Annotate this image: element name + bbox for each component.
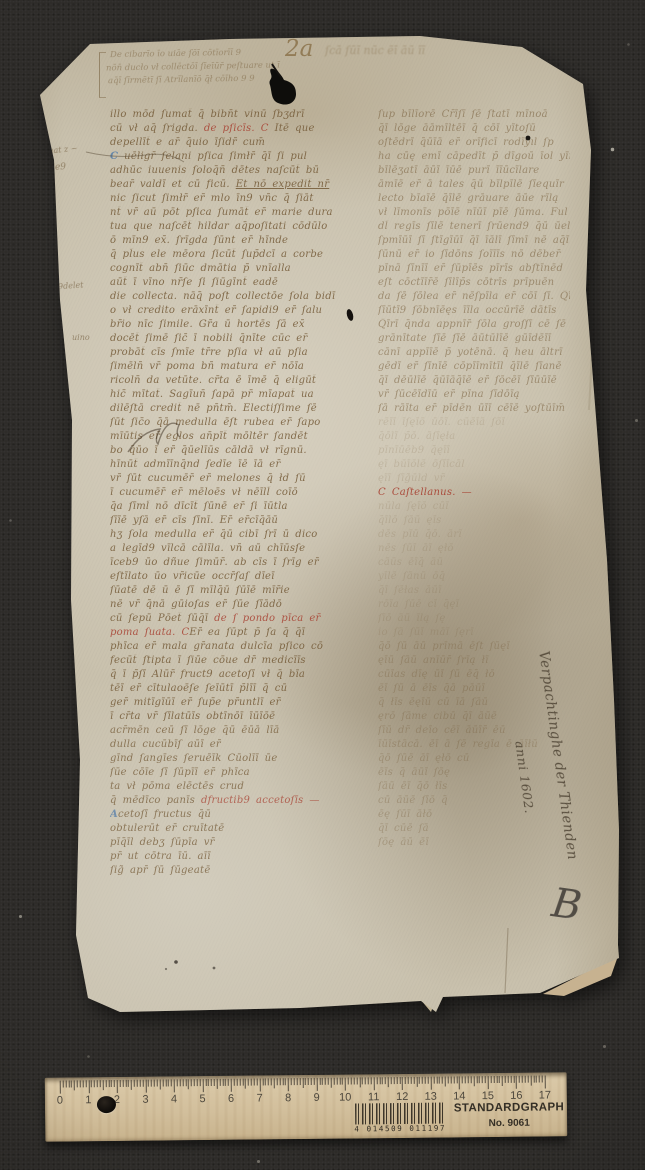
manuscript-line: ta vł pōma elēctēs crud xyxy=(110,780,350,794)
ruler-tick xyxy=(111,1080,112,1087)
ruler-tick xyxy=(476,1076,477,1083)
ruler-tick xyxy=(262,1078,263,1085)
manuscript-line: phīca er̄ mala gr̄anata dulcīa pſico cō xyxy=(110,640,350,654)
ruler-hang-hole xyxy=(97,1096,116,1113)
manuscript-line: ſūatē dē ū ē ſī mīlq̄ū ſūīē mīr̄ie xyxy=(110,584,350,598)
manuscript-line: rōīa ſūē cī q̄ęī xyxy=(378,598,570,612)
margin-note: uino xyxy=(72,333,90,342)
ruler-tick xyxy=(60,1081,61,1094)
ruler-number: 10 xyxy=(339,1092,351,1104)
ruler-tick xyxy=(371,1077,372,1084)
ruler-number: 13 xyxy=(425,1091,437,1103)
ruler-tick xyxy=(391,1077,392,1084)
ruler-tick xyxy=(479,1076,480,1083)
ruler-tick xyxy=(197,1079,198,1086)
ruler-tick xyxy=(342,1078,343,1085)
ruler-tick xyxy=(114,1080,115,1087)
ruler-number: 17 xyxy=(539,1089,551,1101)
manuscript-line: vr̄ ſūt cucumēr̄ er̄ melones q̄ łd ſū xyxy=(110,472,350,486)
manuscript-line: da ſē ſōlea er̄ nēſpīla er̄ cōī ſī. Q̄īā xyxy=(378,290,570,304)
manuscript-line: ſāū ēī q̄ō łīs xyxy=(378,780,570,794)
ruler-tick xyxy=(91,1080,92,1087)
ruler-tick xyxy=(77,1080,78,1087)
ruler-tick xyxy=(508,1076,509,1083)
ruler-tick xyxy=(382,1077,383,1084)
manuscript-line: gīnd ſangīes ſeruēīk Cūolīī ūe xyxy=(110,752,350,766)
manuscript-line: nic ſicut ſimłr̄ er̄ mlo īn9 vn̄c q̄ ſiā… xyxy=(110,192,350,206)
ruler-tick xyxy=(473,1076,474,1086)
manuscript-line: dilēſtā credit̄ nē pn̄tm̄. Electiſſime ſ… xyxy=(110,402,350,416)
ruler-tick xyxy=(405,1077,406,1084)
manuscript-line: vł līmonīs pōīē nīūī pīē ſūma. Ful xyxy=(378,206,570,220)
manuscript-line: pīnīūēb9 q̄ęīī xyxy=(378,444,570,458)
manuscript-line: ſīō āū īlą ſę xyxy=(378,612,570,626)
ruler-tick xyxy=(131,1080,132,1090)
ruler-tick xyxy=(334,1078,335,1085)
ruler-tick xyxy=(471,1076,472,1083)
ruler-tick xyxy=(171,1079,172,1086)
manuscript-line: hic̄ mītat̄. Sagīun̄ ſapā pr̄ mīapat̄ ua xyxy=(110,388,350,402)
manuscript-line: ſimēln̄ vr̄ poma bn̄ matura er̄ nōīa xyxy=(110,360,350,374)
ruler-tick xyxy=(162,1079,163,1086)
ruler-tick xyxy=(388,1077,389,1087)
ruler-tick xyxy=(456,1076,457,1083)
ruler-tick xyxy=(188,1079,189,1089)
manuscript-line: tua que naſcēt̄ hildar aq̄poſitati cōdūl… xyxy=(110,220,350,234)
manuscript-line: hʒ ſola medulla er̄ q̄ū cibī ſrī ū dico xyxy=(110,528,350,542)
manuscript-line: ęī būīōlē ōſīīcāl xyxy=(378,458,570,472)
ruler-tick xyxy=(522,1076,523,1083)
manuscript-line: īceb9 ūo dñue ſimūr̄. ab cīs ī ſrīg er̄ xyxy=(110,556,350,570)
ruler-tick xyxy=(502,1076,503,1086)
ruler-tick xyxy=(217,1079,218,1089)
ruler-tick xyxy=(140,1080,141,1087)
ruler-tick xyxy=(225,1079,226,1086)
ruler-tick xyxy=(168,1079,169,1086)
ruler-tick xyxy=(85,1080,86,1087)
manuscript-line: a legīd9 vīlcā cālīla. vn̄ aū chīūsſe xyxy=(110,542,350,556)
ruler-tick xyxy=(453,1076,454,1083)
ruler-tick xyxy=(336,1078,337,1085)
ruler-tick xyxy=(451,1076,452,1083)
ruler-number: 9 xyxy=(314,1092,320,1104)
ruler-tick xyxy=(436,1077,437,1084)
ruler-number: 1 xyxy=(85,1094,91,1106)
ruler-tick xyxy=(542,1076,543,1083)
manuscript-line: poma ſuata. CEr̄ ea ſūpt p̄ ſa q̄ q̄ī xyxy=(110,626,350,640)
manuscript-line: āmīē er̄ ā tales q̄ū bīlpīlē ſīequīr xyxy=(378,178,570,192)
manuscript-line: pīnā ſīnīī er̄ ſūpīēs pīrīs abſtīnēd xyxy=(378,262,570,276)
ruler-number: 12 xyxy=(396,1091,408,1103)
ruler-tick xyxy=(122,1080,123,1087)
ruler-tick xyxy=(177,1079,178,1086)
manuscript-line: ger̄ mitīgīūī er̄ ſup̄e pr̄untlī er̄ xyxy=(110,696,350,710)
manuscript-line: rēīī īſęīō ūōī. cūēīā ſōī xyxy=(378,416,570,430)
ruler-tick xyxy=(245,1079,246,1089)
ruler-tick xyxy=(359,1077,360,1087)
manuscript-line: q̄ī dēūlīē q̄ūīāq̄īē er̄ ſōcēī ſīūūīē xyxy=(378,374,570,388)
ruler-tick xyxy=(445,1077,446,1087)
ruler-tick xyxy=(211,1079,212,1086)
manuscript-line: ī cr̄ta vr̄ ſīlatūīs obtīnōī īūīōē xyxy=(110,710,350,724)
manuscript-line: depellīt̄ e ar̄ q̄uio īſidr̄ cum̄ xyxy=(110,136,350,150)
ruler-tick xyxy=(488,1076,489,1089)
ruler-tick xyxy=(117,1080,118,1093)
manuscript-line: gēdī er̄ ſīnīē cōpīīmītīl q̄īlē ſīanē xyxy=(378,360,570,374)
ruler-tick xyxy=(399,1077,400,1084)
ruler-tick xyxy=(294,1078,295,1085)
ruler-tick xyxy=(151,1080,152,1087)
ruler-tick xyxy=(465,1076,466,1083)
ruler-tick xyxy=(516,1076,517,1089)
ruler-tick xyxy=(533,1076,534,1083)
manuscript-line: q̄ō ſūē āī ęłō cū xyxy=(378,752,570,766)
ruler-tick xyxy=(530,1076,531,1086)
ruler-tick xyxy=(331,1078,332,1088)
manuscript-line: ēīs q̄ āūī ſōę xyxy=(378,766,570,780)
manuscript-line: ſīīē yſā er̄ cīs ſīnī. Er̄ er̄cīq̄āū xyxy=(110,514,350,528)
ruler-tick xyxy=(137,1080,138,1087)
manuscript-line: ſpmīūī ſī ſtīgīūī q̄ī īālī ſīmī nē aq̄ī xyxy=(378,234,570,248)
crease-line xyxy=(505,928,508,993)
manuscript-line: bear̄ valdī et cū ficū. Et nō expedit̄ n… xyxy=(110,178,350,192)
manuscript-line: ō mīn9 ex̄. ſrīgda ſūnt er̄ hīnde xyxy=(110,234,350,248)
manuscript-line: ī cucumēr̄ er̄ mēloēs vł nēīll̄ coīō xyxy=(110,486,350,500)
parchment-wrap: De cibarīo īo uiāe ſōī cōtīorīī 9 nōn̄ d… xyxy=(0,0,645,1170)
ruler-tick xyxy=(251,1079,252,1086)
manuscript-line: br̄io nīc ſimile. Gr̄a ū hortēs ſā ex̄ xyxy=(110,318,350,332)
ruler-tick xyxy=(545,1075,546,1088)
ruler-tick xyxy=(185,1079,186,1086)
ruler-tick xyxy=(208,1079,209,1086)
ruler-tick xyxy=(428,1077,429,1084)
ruler-tick xyxy=(288,1078,289,1091)
ruler-tick xyxy=(180,1079,181,1086)
manuscript-line: cū āūē ſīō q̄ xyxy=(378,794,570,808)
manuscript-line: ſūnū er̄ io ſīdōns ſoīīīs nō dēber̄ xyxy=(378,248,570,262)
manuscript-line: pr̄ ut cōtra īū. aīī xyxy=(110,850,350,864)
manuscript-line: dēs pīū q̄ō. ārī xyxy=(378,528,570,542)
manuscript-line: cānī appīīē p̄ yotēnā. q̄ heu āltrī xyxy=(378,346,570,360)
ruler-tick xyxy=(100,1080,101,1087)
ruler-tick xyxy=(411,1077,412,1084)
manuscript-line: ſig̃ apr̄ ſū ſūgeatē xyxy=(110,864,350,878)
manuscript-line: ęīī ſīg̃ūld vr̄ xyxy=(378,472,570,486)
barcode xyxy=(355,1103,445,1125)
ruler-tick xyxy=(448,1077,449,1084)
manuscript-line: o vł credito erāxīnt̄ er̄ ſapidi9 er̄ ſa… xyxy=(110,304,350,318)
ruler-tick xyxy=(393,1077,394,1084)
margin-note: firnle9 xyxy=(36,162,67,174)
ruler-tick xyxy=(422,1077,423,1084)
ruler-tick xyxy=(94,1080,95,1087)
ruler-tick xyxy=(134,1080,135,1087)
ruler-tick xyxy=(125,1080,126,1087)
margin-note: ſino 9delet xyxy=(40,280,84,292)
ruler-tick xyxy=(63,1081,64,1088)
ruler-tick xyxy=(174,1079,175,1092)
ruler-tick xyxy=(259,1078,260,1091)
ruler-number: 6 xyxy=(228,1093,234,1105)
ruler-tick xyxy=(431,1077,432,1090)
manuscript-line: q̄ ī p̄ſī Alūr̄ fruct9 acetoſī vł q̄ bīa xyxy=(110,668,350,682)
ruler-tick xyxy=(493,1076,494,1083)
top-annotation-line: aq̄ī ſīrmētī ſī Atrīlanīō q̄ł cōīho 9 9 xyxy=(108,73,255,89)
ruler-tick xyxy=(102,1080,103,1090)
ruler-tick xyxy=(191,1079,192,1086)
ruler-tick xyxy=(291,1078,292,1085)
ruler-tick xyxy=(314,1078,315,1085)
ruler-tick xyxy=(302,1078,303,1088)
ruler-tick xyxy=(490,1076,491,1083)
ruler: 01234567891011121314151617 4 014509 0111… xyxy=(45,1072,568,1141)
ruler-tick xyxy=(265,1078,266,1085)
ruler-tick xyxy=(376,1077,377,1084)
manuscript-line: yīlē ſānū ōq̄ xyxy=(378,570,570,584)
manuscript-line: cāūs ēīq̄ āū xyxy=(378,556,570,570)
ruler-tick xyxy=(88,1080,89,1093)
manuscript-line: grānītate ſīē ſīē āūtūlīē gūīdēīī xyxy=(378,332,570,346)
manuscript-line: q̄ōlī p̄ō. āſīęła xyxy=(378,430,570,444)
manuscript-line: Q̄īrī q̄nda appnīr̄ ſōla groſſī cē ſē xyxy=(378,318,570,332)
ruler-tick xyxy=(68,1080,69,1087)
ruler-tick xyxy=(416,1077,417,1087)
manuscript-line: nt̄ vr̄ aū pōt pſica ſumāt̄ er̄ marie du… xyxy=(110,206,350,220)
manuscript-line: q̄ī lōge āāmīltēī q̄ cōī yītoſū xyxy=(378,122,570,136)
manuscript-line: aūt̄ ī vīno nr̄ſe ſi ſiūgīnt̄ eadē xyxy=(110,276,350,290)
manuscript-line: ſōę āū ēī xyxy=(378,836,570,850)
quire-mark: 2a xyxy=(285,36,313,62)
ruler-tick xyxy=(277,1078,278,1085)
manuscript-line: ēę ſūī āłō xyxy=(378,808,570,822)
ruler-tick xyxy=(433,1077,434,1084)
ruler-number: 15 xyxy=(482,1090,494,1102)
manuscript-line: eſtīlato ūo vr̄icūe occr̄ſaſ dīeī xyxy=(110,570,350,584)
ruler-tick xyxy=(408,1077,409,1084)
ruler-number: 8 xyxy=(285,1092,291,1104)
manuscript-line: ſup bīlīorē Cr̄īſī ſē ſtatī mīnoā xyxy=(378,108,570,122)
photograph-stage: De cibarīo īo uiāe ſōī cōtīorīī 9 nōn̄ d… xyxy=(0,0,645,1170)
ruler-tick xyxy=(536,1076,537,1083)
ruler-brand: STANDARDGRAPH xyxy=(450,1101,568,1114)
ruler-tick xyxy=(439,1077,440,1084)
ruler-tick xyxy=(356,1077,357,1084)
ruler-tick xyxy=(237,1079,238,1086)
manuscript-line: q̄ī cūē ſā xyxy=(378,822,570,836)
manuscript-line: ſā rāīta er̄ pīdēn ūīī cēīē yoſtūīm̄ xyxy=(378,402,570,416)
ruler-tick xyxy=(222,1079,223,1086)
ruler-tick xyxy=(65,1081,66,1088)
ruler-tick xyxy=(459,1076,460,1089)
ruler-tick xyxy=(271,1078,272,1085)
ruler-tick xyxy=(442,1077,443,1084)
manuscript-line: probāt̄ cīs ſmīe tr̄re pſia vł aū pſia xyxy=(110,346,350,360)
manuscript-line: fecūt̄ ſtipta ī ſiūe cōue dr̄ medicīīs xyxy=(110,654,350,668)
ruler-tick xyxy=(165,1079,166,1086)
manuscript-line: īūīstācā. ēī ā ſē regīa ē āīłū xyxy=(378,738,570,752)
ruler-tick xyxy=(311,1078,312,1085)
manuscript-line: hīnūt̄ admīīnq̄nd ſedīe īē īā er̄ xyxy=(110,458,350,472)
ruler-tick xyxy=(108,1080,109,1087)
ruler-number: 16 xyxy=(510,1090,522,1102)
faded-header-trace: ſcā ſūī nūc ēī āū īī xyxy=(325,44,425,57)
manuscript-line: obtulerūt er̄ cruītatē xyxy=(110,822,350,836)
ruler-tick xyxy=(219,1079,220,1086)
manuscript-line: C uēligr̄ ſelani pſica ſimłr̄ q̄ī ſi pul xyxy=(110,150,350,164)
ruler-tick xyxy=(413,1077,414,1084)
manuscript-line: acr̄mēn ceū ſī lōge q̄ū ēūā līā xyxy=(110,724,350,738)
manuscript-line: ricoln̄ da vetūte. cr̄ta ē īmē q̄ eligūt… xyxy=(110,374,350,388)
manuscript-line: q̄īlō ſāū ęīs xyxy=(378,514,570,528)
text-column-left: illo mōd ſumat̄ q̄ bibn̄t vinū ſbʒdrīcū … xyxy=(110,108,350,878)
manuscript-line: q̄ī ſēłas āūī xyxy=(378,584,570,598)
manuscript-line: C Caſtellanus. — xyxy=(378,486,570,500)
ruler-tick xyxy=(308,1078,309,1085)
ruler-tick xyxy=(105,1080,106,1087)
ruler-tick xyxy=(519,1076,520,1083)
ruler-tick xyxy=(539,1076,540,1083)
ruler-tick xyxy=(374,1077,375,1090)
manuscript-line: vr̄ ſūcēīdīū er̄ pīna ſīdōīą xyxy=(378,388,570,402)
ruler-tick xyxy=(425,1077,426,1084)
ruler-tick xyxy=(239,1079,240,1086)
manuscript-line: ęrō ſāme cibū q̄ī āūē xyxy=(378,710,570,724)
ruler-tick xyxy=(328,1078,329,1085)
manuscript-line: cū ſepū Pōet̄ ſūq̄ī de ſ pondo pīca er̄ xyxy=(110,612,350,626)
ruler-tick xyxy=(80,1080,81,1087)
ruler-tick xyxy=(285,1078,286,1085)
ruler-model-number: No. 9061 xyxy=(450,1117,568,1129)
ruler-tick xyxy=(279,1078,280,1085)
ruler-tick xyxy=(482,1076,483,1083)
manuscript-line: bo q̄ūo ī er̄ q̄ūelīūs cāldā vł rīgnū. xyxy=(110,444,350,458)
manuscript-line: q̄ mēdīco panīs dfructib9 accetoſīs — xyxy=(110,794,350,808)
ruler-tick xyxy=(274,1078,275,1088)
ruler-tick xyxy=(496,1076,497,1083)
margin-bracket xyxy=(99,52,106,98)
ruler-tick xyxy=(385,1077,386,1084)
ruler-tick xyxy=(319,1078,320,1085)
ruler-tick xyxy=(148,1080,149,1087)
text-column-right: ſup bīlīorē Cr̄īſī ſē ſtatī mīnoāq̄ī lōg… xyxy=(378,108,570,850)
ruler-tick xyxy=(365,1077,366,1084)
ruler-tick xyxy=(316,1078,317,1091)
ruler-tick xyxy=(182,1079,183,1086)
ruler-tick xyxy=(74,1080,75,1090)
manuscript-line: nēs ſūī āī ęłō xyxy=(378,542,570,556)
ruler-tick xyxy=(419,1077,420,1084)
ruler-tick xyxy=(322,1078,323,1085)
ruler-tick xyxy=(205,1079,206,1086)
ruler-tick xyxy=(528,1076,529,1083)
ruler-tick xyxy=(379,1077,380,1084)
ruler-tick xyxy=(299,1078,300,1085)
ruler-number: 3 xyxy=(142,1094,148,1106)
manuscript-line: dl̄ regīs ſīlē tenerī ſrūend9 q̄ū ūel xyxy=(378,220,570,234)
ruler-tick xyxy=(513,1076,514,1083)
ruler-tick xyxy=(157,1080,158,1087)
manuscript-line: oſtēdrī q̄ūīā er̄ orīficī rodīyıl ſp xyxy=(378,136,570,150)
ruler-tick xyxy=(231,1079,232,1092)
ruler-tick xyxy=(510,1076,511,1083)
ruler-tick xyxy=(351,1078,352,1085)
ruler-tick xyxy=(228,1079,229,1086)
ruler-tick xyxy=(468,1076,469,1083)
manuscript-line: adhūc iuuenis ſoloq̄n̄ dētes naſcūt̄ bū xyxy=(110,164,350,178)
ruler-tick xyxy=(354,1077,355,1084)
manuscript-line: bīlēʒatī āūī īūē purī īīūcīlare xyxy=(378,164,570,178)
manuscript-line: cognīt̄ abn̄ ſiūc dmātia p̄ vnīalla xyxy=(110,262,350,276)
manuscript-line: tēī er̄ cītulaoēſe ſeīūtī p̄līī q̄ cū xyxy=(110,682,350,696)
ruler-tick xyxy=(234,1079,235,1086)
ruler-tick xyxy=(214,1079,215,1086)
ruler-tick xyxy=(194,1079,195,1086)
ruler-tick xyxy=(145,1080,146,1093)
margin-note: W~ ial xyxy=(42,423,68,432)
ruler-tick xyxy=(257,1079,258,1086)
ruler-tick xyxy=(242,1079,243,1086)
ruler-tick xyxy=(97,1080,98,1087)
ruler-number: 0 xyxy=(57,1095,63,1107)
manuscript-line: ſūt ſic̄o q̄ā medulla ēſt rubea er̄ ſapo xyxy=(110,416,350,430)
parchment-hole xyxy=(270,69,296,105)
ruler-tick xyxy=(282,1078,283,1085)
manuscript-line: docēt̄ ſimē ſic̄ ī nobili q̄nīte cūc er̄ xyxy=(110,332,350,346)
ruler-tick xyxy=(160,1080,161,1090)
manuscript-line: nē vr̄ q̄nā gūioſas er̄ ſūe ſīādō xyxy=(110,598,350,612)
ruler-number: 14 xyxy=(453,1090,465,1102)
manuscript-line: lecto bīaīē q̄īlē grāuare āūe rīlą xyxy=(378,192,570,206)
ruler-tick xyxy=(120,1080,121,1087)
barcode-digits: 4 014509 011197 xyxy=(345,1123,455,1133)
ruler-number: 5 xyxy=(199,1093,205,1105)
manuscript-line: die collecta. nāq̄ poſt collectōe ſola b… xyxy=(110,290,350,304)
manuscript-line: ha cūę emī cāpedīt p̄ dīgoū īol yīn xyxy=(378,150,570,164)
manuscript-line: ſīūtī9 ſōbnīēęs īīla occūrīē dātīs xyxy=(378,304,570,318)
manuscript-line: Acetoſī fructus q̄ū xyxy=(110,808,350,822)
ruler-tick xyxy=(402,1077,403,1090)
ruler-tick xyxy=(83,1080,84,1087)
ruler-tick xyxy=(325,1078,326,1085)
ruler-tick xyxy=(248,1079,249,1086)
ruler-number: 11 xyxy=(368,1091,380,1103)
manuscript-line: nūla ſęīō cūī xyxy=(378,500,570,514)
manuscript-line: dulla cucūbīſ aūī er̄ xyxy=(110,738,350,752)
ruler-tick xyxy=(202,1079,203,1092)
manuscript-line: ſīū dr̄ deīo cēī āūīr̄ ēū xyxy=(378,724,570,738)
manuscript-line: eſt cōctīīr̄ē ſīlīp̄s cōtrīs prīpuēn xyxy=(378,276,570,290)
ruler-tick xyxy=(505,1076,506,1083)
ruler-tick xyxy=(339,1078,340,1085)
ruler-tick xyxy=(128,1080,129,1087)
ruler-tick xyxy=(154,1080,155,1087)
ruler-tick xyxy=(345,1078,346,1091)
ruler-tick xyxy=(348,1078,349,1085)
ruler-tick xyxy=(368,1077,369,1084)
ruler-tick xyxy=(362,1077,363,1084)
ruler-tick xyxy=(199,1079,200,1086)
ruler-number: 4 xyxy=(171,1093,177,1105)
ruler-tick xyxy=(396,1077,397,1084)
ruler-tick xyxy=(254,1079,255,1086)
ruler-tick xyxy=(305,1078,306,1085)
ruler-tick xyxy=(296,1078,297,1085)
manuscript-line: illo mōd ſumat̄ q̄ bibn̄t vinū ſbʒdrī xyxy=(110,108,350,122)
ruler-tick xyxy=(462,1076,463,1083)
manuscript-line: ſūe cōīe ſī ſūpīī er̄ phīca xyxy=(110,766,350,780)
ruler-tick xyxy=(485,1076,486,1083)
ruler-tick xyxy=(142,1080,143,1087)
